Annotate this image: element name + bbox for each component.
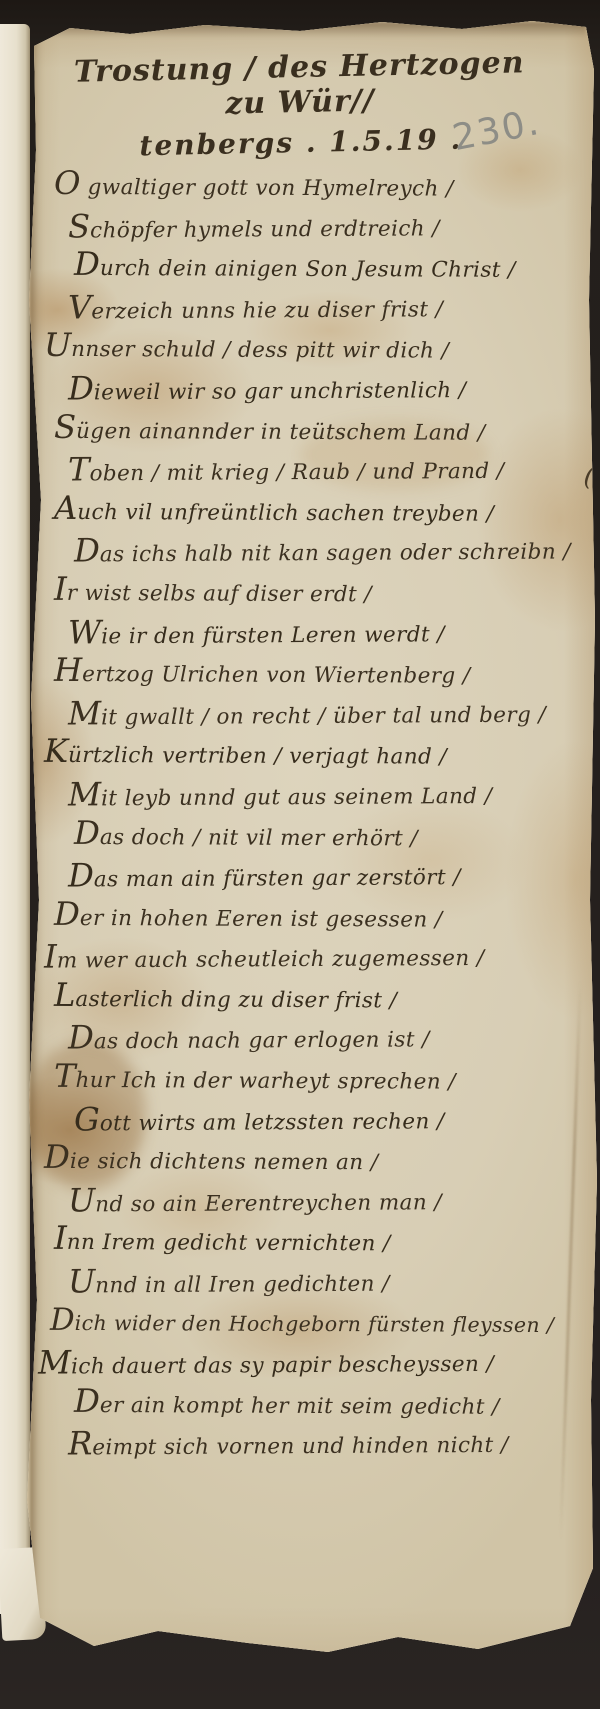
page-title: Trostung / des Hertzogen zu Wür//: [59, 45, 540, 125]
poem-line: Das doch / nit vil mer erhört /: [74, 812, 572, 855]
manuscript-page: Trostung / des Hertzogen zu Wür// tenber…: [0, 0, 600, 1709]
stray-ink-mark: (: [582, 461, 596, 492]
poem-line: Das doch nach gar erlogen ist /: [68, 1015, 572, 1059]
poem-line: Mit gwallt / on recht / über tal und ber…: [68, 690, 572, 734]
poem-line: O gwaltiger gott von Hymelreych /: [54, 163, 572, 206]
poem-line: Das ichs halb nit kan sagen oder schreib…: [74, 528, 572, 572]
poem-line: Unnd in all Iren gedichten /: [68, 1258, 572, 1302]
poem: O gwaltiger gott von Hymelreych /Schöpfe…: [52, 164, 572, 1463]
poem-line: Mit leyb unnd gut aus seinem Land /: [68, 771, 572, 815]
poem-line: Mich dauert das sy papir bescheyssen /: [38, 1340, 572, 1384]
photograph-backdrop: { "page": { "title_line1": "Trostung / d…: [0, 0, 600, 1709]
poem-line: Auch vil unfreüntlich sachen treyben /: [54, 488, 572, 531]
poem-line: Im wer auch scheutleich zugemessen /: [44, 934, 572, 978]
poem-line: Toben / mit krieg / Raub / und Prand /: [68, 447, 572, 491]
poem-line: Hertzog Ulrichen von Wiertenberg /: [54, 650, 572, 693]
poem-line: Der ain kompt her mit seim gedicht /: [74, 1381, 572, 1424]
poem-line: Dich wider den Hochgeborn fürsten fleyss…: [50, 1299, 572, 1342]
poem-line: Dieweil wir so gar unchristenlich /: [68, 365, 572, 409]
torn-top-edge-shadow: [34, 22, 586, 38]
poem-line: Schöpfer hymels und erdtreich /: [68, 203, 572, 247]
poem-line: Und so ain Eerentreychen man /: [68, 1177, 572, 1221]
poem-line: Ir wist selbs auf diser erdt /: [54, 569, 572, 612]
poem-line: Das man ain fürsten gar zerstört /: [68, 853, 572, 897]
poem-line: Inn Irem gedicht vernichten /: [54, 1218, 572, 1261]
poem-line: Der in hohen Eeren ist gesessen /: [54, 894, 572, 937]
poem-line: Wie ir den fürsten Leren werdt /: [68, 609, 572, 653]
poem-line: Reimpt sich vornen und hinden nicht /: [68, 1421, 572, 1465]
poem-line: Gott wirts am letzssten rechen /: [74, 1096, 572, 1140]
poem-line: Durch dein ainigen Son Jesum Christ /: [74, 244, 572, 287]
poem-line: Kürtzlich vertriben / verjagt hand /: [44, 731, 572, 774]
poem-line: Unnser schuld / dess pitt wir dich /: [44, 325, 572, 368]
poem-line: Die sich dichtens nemen an /: [44, 1137, 572, 1180]
poem-line: Thur Ich in der warheyt sprechen /: [54, 1056, 572, 1099]
poem-line: Sügen ainannder in teütschem Land /: [54, 406, 572, 449]
poem-line: Verzeich unns hie zu diser frist /: [68, 284, 572, 328]
underlying-pages-edge: [0, 24, 30, 1614]
poem-line: Lasterlich ding zu diser frist /: [54, 975, 572, 1018]
